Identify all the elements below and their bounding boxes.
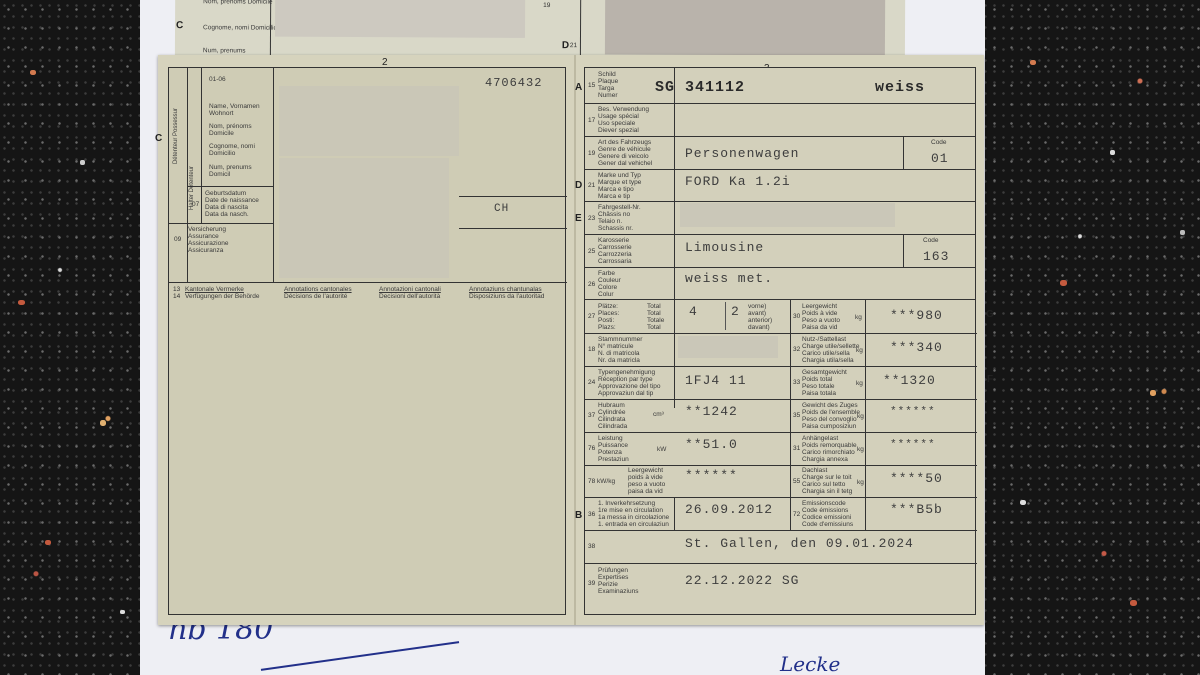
field-number: 19 — [543, 2, 550, 9]
power-value: **51.0 — [685, 437, 738, 452]
body-type-code: 163 — [923, 249, 949, 264]
field-label: kW/kg — [597, 478, 615, 485]
unit-label: kW — [657, 446, 666, 453]
field-number: 30 — [793, 313, 800, 320]
field-label: Examinaziuns — [598, 588, 638, 595]
field-number: 55 — [793, 478, 800, 485]
license-plate-value: SG 341112 — [655, 79, 745, 96]
make-model-value: FORD Ka 1.2i — [685, 174, 791, 189]
field-number: 19 — [588, 150, 595, 157]
field-label: Code d'emissiuns — [802, 521, 853, 528]
field-number: 39 — [588, 580, 595, 587]
redacted-area — [605, 0, 885, 56]
block-letter-c: C — [176, 20, 183, 31]
annotation-label-fr: Décisions de l'autorité — [284, 293, 347, 300]
block-letter-a: A — [575, 82, 582, 93]
field-number: 21 — [570, 42, 577, 49]
field-01-06-label: 01-06 — [209, 76, 226, 83]
inspection-date-value: 22.12.2022 SG — [685, 573, 799, 588]
field-number: 76 — [588, 445, 595, 452]
displacement-value: **1242 — [685, 404, 738, 419]
power-weight-value: ****** — [685, 468, 738, 483]
roof-load-value: ****50 — [890, 471, 943, 486]
row-make-model: D 21 Marke und Typ Marque et type Marca … — [585, 170, 975, 202]
field-label: Colur — [598, 291, 614, 298]
field-label: Marca e tip — [598, 193, 630, 200]
field-number: 23 — [588, 215, 595, 222]
field-number: 15 — [588, 82, 595, 89]
field-number: 31 — [793, 445, 800, 452]
field-label: Numer — [598, 92, 618, 99]
emission-code-value: ***B5b — [890, 502, 943, 517]
color-value: weiss met. — [685, 271, 773, 286]
body-type-value: Limousine — [685, 240, 764, 255]
field-label: Cilindrada — [598, 423, 627, 430]
left-page-holder: C Détenteur Possessur Halter Détenteur 0… — [168, 67, 566, 615]
trailer-load-value: ****** — [890, 439, 936, 451]
vehicle-type-code: 01 — [931, 151, 949, 166]
field-label: Diever spezial — [598, 127, 639, 134]
code-label: Code — [931, 139, 947, 146]
field-label: Chargia utila/sella — [802, 357, 854, 364]
first-registration-value: 26.09.2012 — [685, 502, 773, 517]
field-label: Paisa da vid — [802, 324, 837, 331]
back-label: Cognome, nomi Domicilio — [203, 24, 277, 32]
field-number: 26 — [588, 281, 595, 288]
field-number: 72 — [793, 511, 800, 518]
field-label: Carrossaria — [598, 258, 632, 265]
unit-label: cm³ — [653, 411, 664, 418]
row-color: 26 Farbe Couleur Colore Colur weiss met. — [585, 268, 975, 300]
row-special-use: 17 Bes. Verwendung Usage spécial Uso spe… — [585, 104, 975, 137]
code-label: Code — [923, 237, 939, 244]
block-letter-c: C — [155, 133, 162, 144]
field-number: 17 — [588, 117, 595, 124]
field-label: davant) — [748, 324, 770, 331]
field-number: 35 — [793, 412, 800, 419]
total-weight-value: **1320 — [883, 373, 936, 388]
row-body-type: 25 Karosserie Carrosserie Carrozzeria Ca… — [585, 235, 975, 268]
unit-label: kg — [856, 347, 863, 354]
unit-label: kg — [857, 446, 864, 453]
field-number: 07 — [192, 201, 199, 208]
block-letter-d: D — [575, 180, 582, 191]
side-letter-g: G — [986, 309, 994, 320]
field-number: 18 — [588, 346, 595, 353]
train-weight-value: ****** — [890, 406, 936, 418]
fold-line — [574, 55, 576, 625]
unit-label: kg — [856, 380, 863, 387]
field-number: 36 — [588, 511, 595, 518]
seats-total-value: 4 — [689, 304, 698, 319]
field-label: paisa da vid — [628, 488, 663, 495]
field-number: 14 — [173, 293, 180, 300]
back-label: Nom, prénoms Domicile — [203, 0, 272, 6]
field-label: Paisa totala — [802, 390, 836, 397]
field-label: Gener dal vehichel — [598, 160, 652, 167]
name-label-de: Name, Vornamen Wohnort — [209, 103, 271, 117]
type-approval-value: 1FJ4 11 — [685, 373, 747, 388]
document-serial-number: 4706432 — [485, 76, 542, 90]
field-label: Schassis nr. — [598, 225, 633, 232]
back-label: Num, prenums — [203, 47, 246, 54]
field-number: 32 — [793, 346, 800, 353]
field-label: Paisa cumposiziun — [802, 423, 856, 430]
empty-weight-value: ***980 — [890, 308, 943, 323]
field-number: 33 — [793, 379, 800, 386]
plate-color-value: weiss — [875, 79, 925, 96]
field-label: Approvaziun dal tip — [598, 390, 653, 397]
field-number: 21 — [588, 182, 595, 189]
field-label: Plazs: — [598, 324, 616, 331]
field-label: Nr. da matricla — [598, 357, 640, 364]
annotation-label-it: Decisioni dell'autorità — [379, 293, 440, 300]
block-letter-d: D — [562, 40, 569, 51]
field-number: 09 — [174, 236, 181, 243]
field-label: Chargia sin il tetg — [802, 488, 852, 495]
row-vehicle-type: 19 Art des Fahrzeugs Genre de véhicule G… — [585, 137, 975, 170]
block-letter-e: E — [575, 213, 582, 224]
field-label: Chargia annexa — [802, 456, 848, 463]
field-label: Total — [647, 324, 661, 331]
block-letter-b: B — [575, 510, 582, 521]
field-label: Prestaziun — [598, 456, 629, 463]
field-number: 78 — [588, 478, 595, 485]
unit-label: kg — [857, 479, 864, 486]
issue-place-date: St. Gallen, den 09.01.2024 — [685, 536, 914, 551]
field-number: 13 — [173, 286, 180, 293]
redacted-chassis-number — [680, 203, 895, 227]
payload-value: ***340 — [890, 340, 943, 355]
field-number: 37 — [588, 412, 595, 419]
pen-stroke — [261, 641, 459, 671]
field-number: 38 — [588, 543, 595, 550]
name-label-rm: Num, prenums Domicil — [209, 164, 271, 178]
field-number: 25 — [588, 248, 595, 255]
annotation-label-rm: Disposiziuns da l'autoritad — [469, 293, 544, 300]
field-number: 24 — [588, 379, 595, 386]
annotation-label-de: Verfügungen der Behörde — [185, 293, 259, 300]
seats-front-value: 2 — [731, 304, 740, 319]
nationality-value: CH — [494, 203, 509, 215]
name-label-it: Cognome, nomi Domicilio — [209, 143, 271, 157]
redacted-master-number — [678, 336, 778, 358]
vehicle-type-value: Personenwagen — [685, 146, 799, 161]
vertical-holder-label: Détenteur Possessur — [173, 108, 180, 164]
handwritten-note-right: Lecke — [780, 652, 840, 675]
unit-label: kg — [857, 413, 864, 420]
redacted-holder-address — [279, 158, 449, 278]
field-number: 27 — [588, 313, 595, 320]
unit-label: kg — [855, 314, 862, 321]
row-chassis-number: E 23 Fahrgestell-Nr. Châssis no Telaio n… — [585, 202, 975, 235]
right-page-vehicle-data: A 15 Schild Plaque Targa Numer SG 341112… — [584, 67, 976, 615]
row-plate: A 15 Schild Plaque Targa Numer SG 341112… — [585, 68, 975, 104]
vehicle-registration-document: 2 3 C Détenteur Possessur Halter Détente… — [158, 55, 984, 625]
insurance-label: Assicuranza — [188, 247, 223, 254]
birth-label: Data da nasch. — [205, 211, 249, 218]
name-label-fr: Nom, prénoms Domicile — [209, 123, 271, 137]
side-letter-f: F — [987, 374, 993, 385]
redacted-area — [275, 0, 525, 38]
redacted-holder-name — [279, 86, 459, 156]
field-label: 1. entrada en circulaziun — [598, 521, 669, 528]
